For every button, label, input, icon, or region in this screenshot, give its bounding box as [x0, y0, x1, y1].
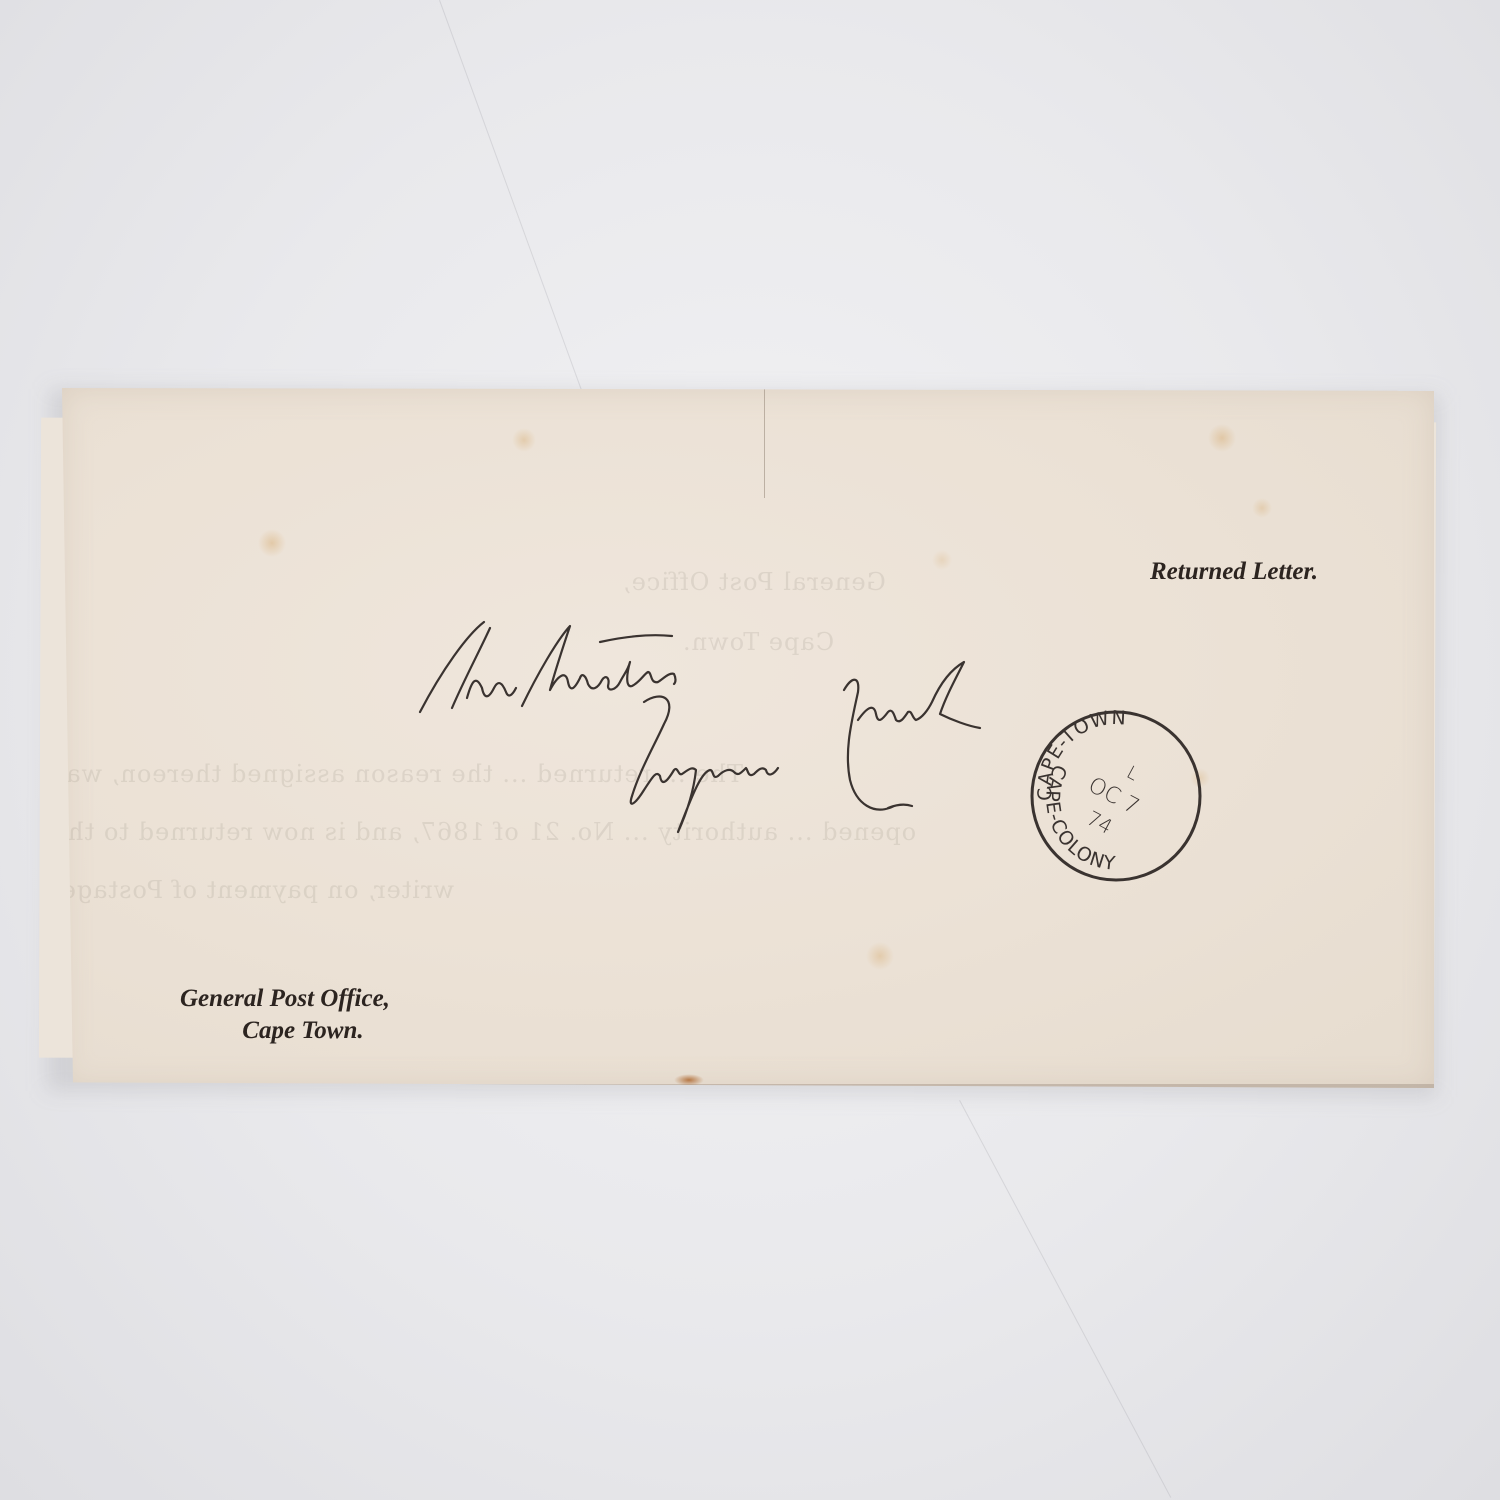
show-through-text: writer, on payment of Postage. — [52, 876, 454, 904]
postmark-year: 74 — [1083, 806, 1117, 839]
postmark-code: L — [1123, 762, 1142, 785]
rust-stain — [674, 1074, 704, 1086]
postmark-circle: CAPE-TOWN CAPE-COLONY L OC 7 74 — [1028, 708, 1204, 884]
sender-address: General Post Office, Cape Town. — [180, 983, 390, 1047]
table-surface-scratch — [959, 1100, 1171, 1498]
envelope: General Post Office, Cape Town. The ... … — [62, 388, 1434, 1088]
postmark-stamp: CAPE-TOWN CAPE-COLONY L OC 7 74 — [1028, 708, 1204, 884]
fold-crease — [764, 388, 765, 498]
table-surface-scratch — [439, 0, 584, 395]
sender-line-2: Cape Town. — [180, 1015, 390, 1047]
returned-letter-label: Returned Letter. — [1150, 558, 1318, 586]
show-through-text: General Post Office, — [622, 568, 886, 596]
sender-line-1: General Post Office, — [180, 983, 390, 1015]
handwriting-strokes — [412, 620, 1032, 850]
handwritten-address: The Master Supreme Court — [412, 620, 1032, 850]
